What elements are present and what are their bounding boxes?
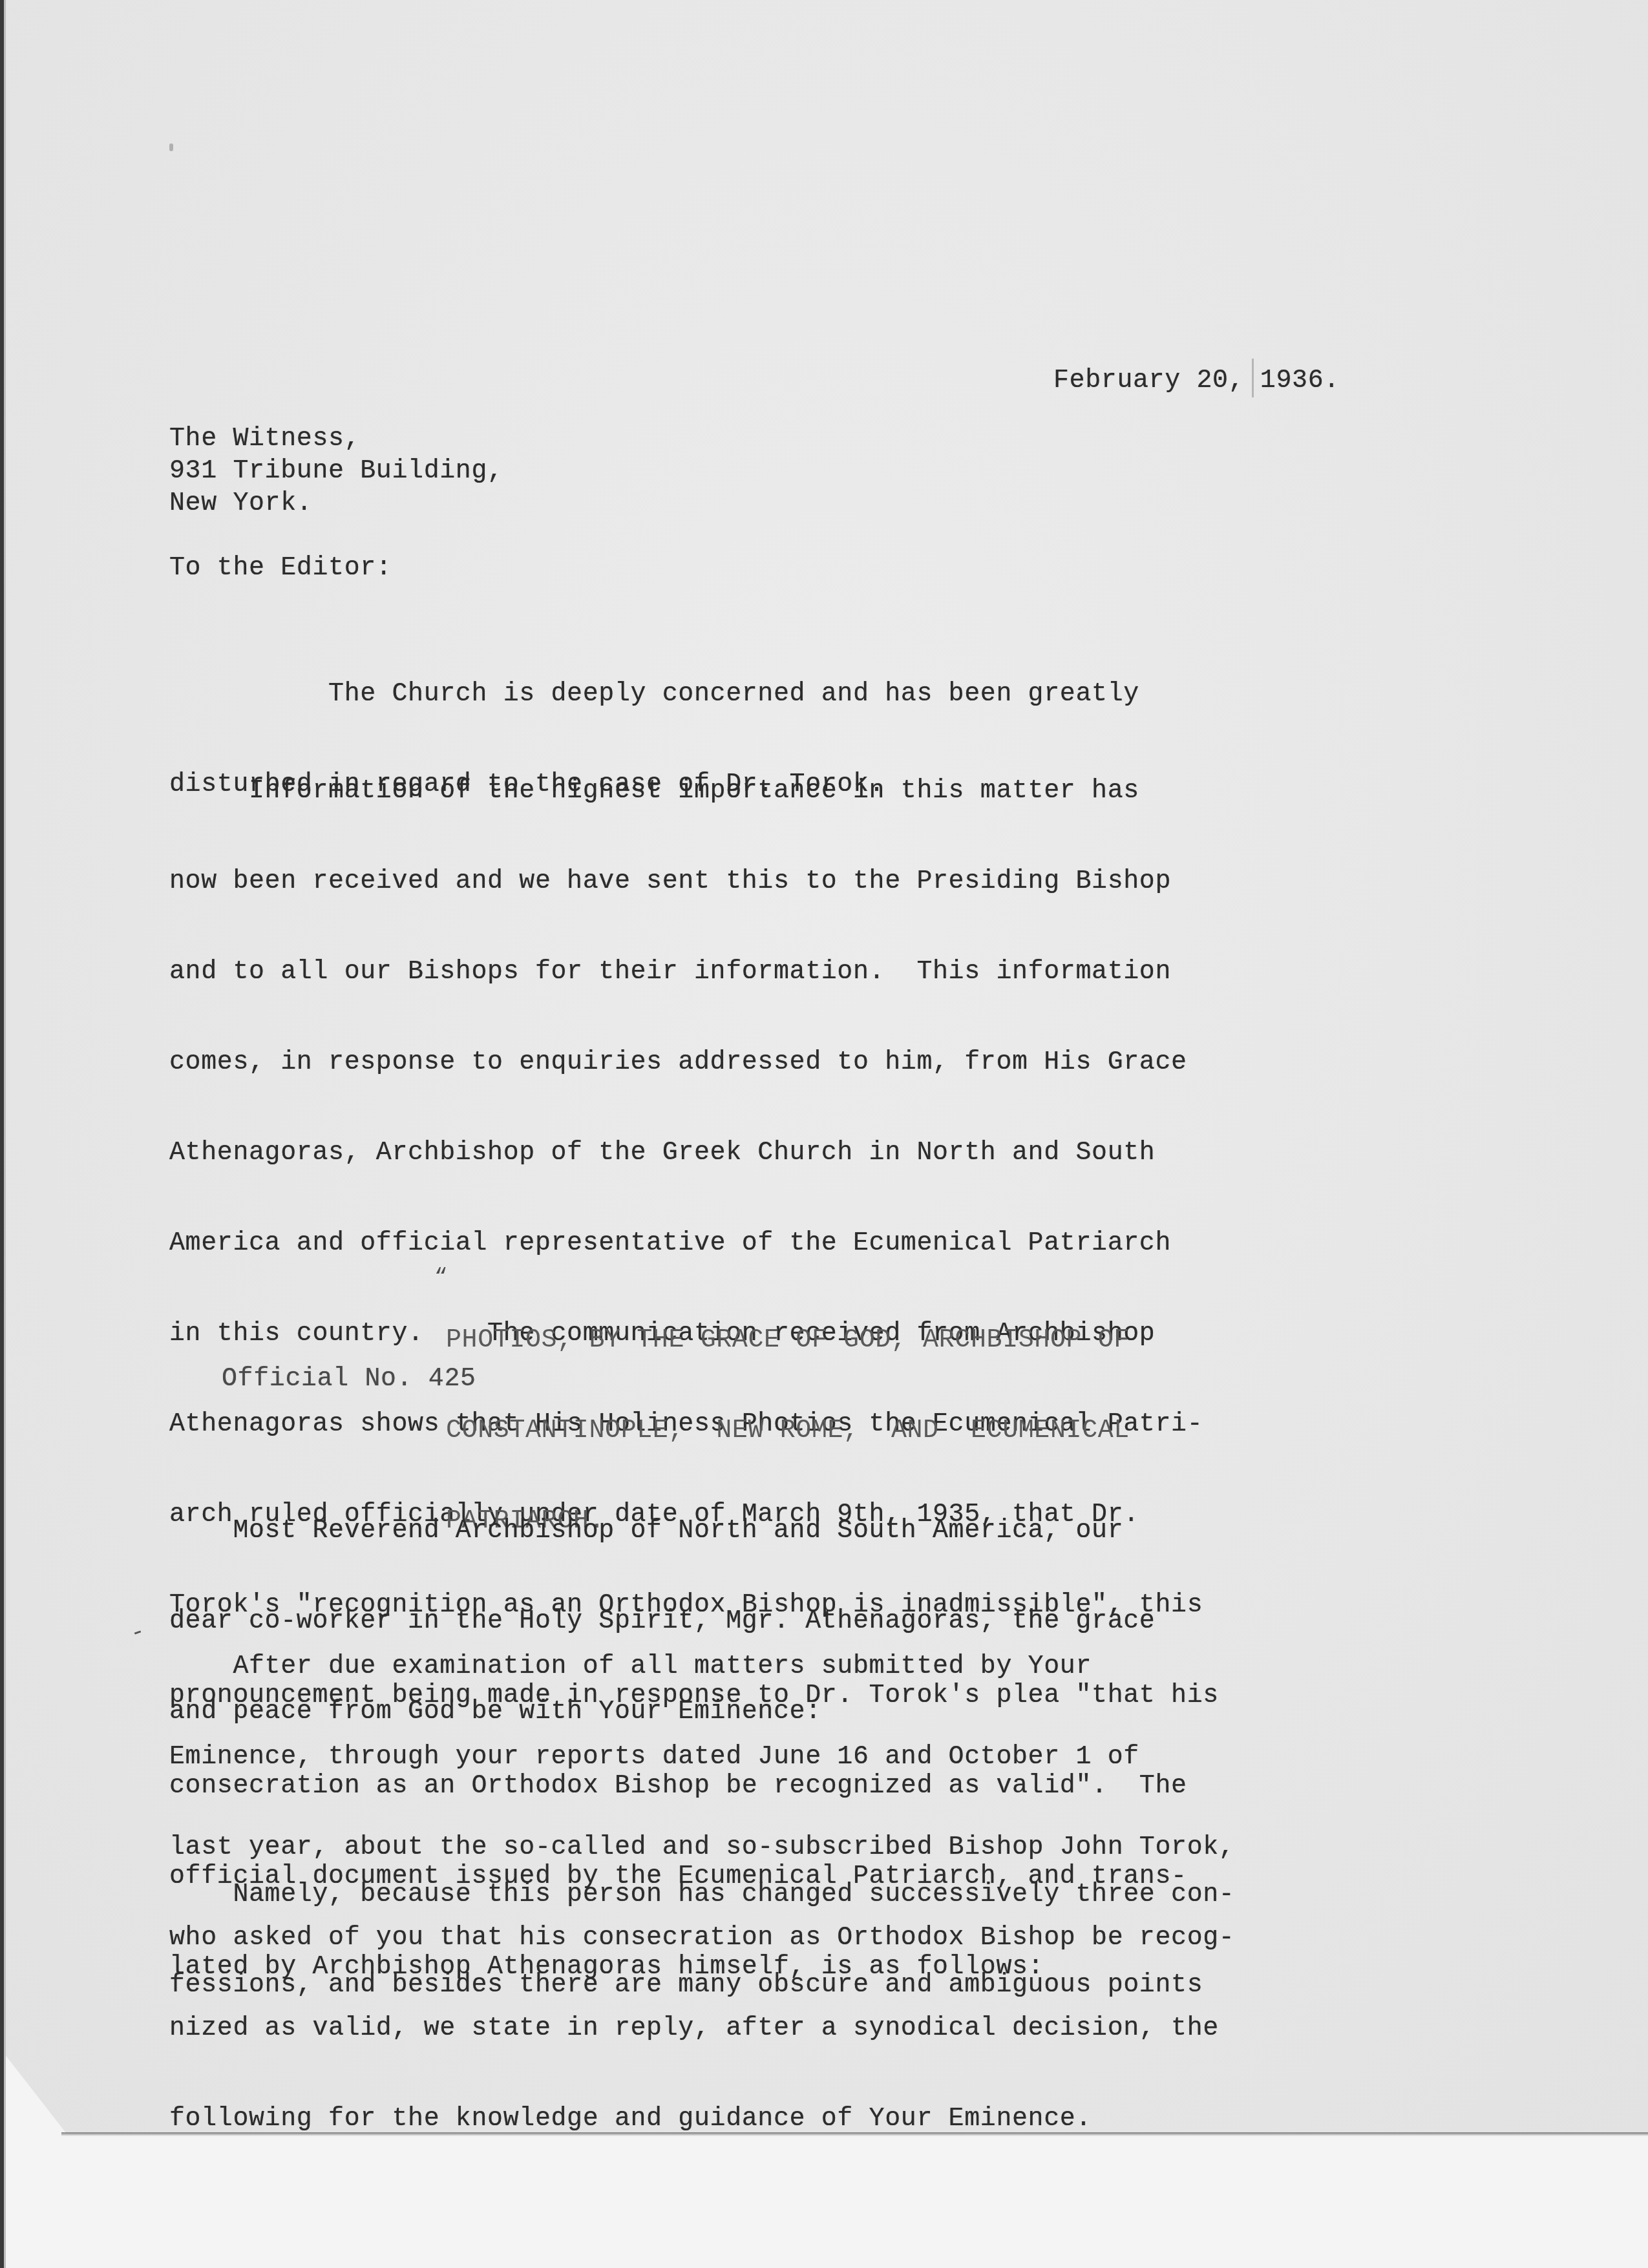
recipient-address-line-1: 931 Tribune Building, xyxy=(169,459,503,485)
paper-crease-mark xyxy=(169,143,173,151)
paragraph-line: Athenagoras, Archbishop of the Greek Chu… xyxy=(169,1137,1219,1170)
paragraph-line: After due examination of all matters sub… xyxy=(169,1651,1234,1683)
scan-left-edge-highlight xyxy=(4,0,6,2268)
quoted-heading-line: PHOTIOS, BY THE GRACE OF GOD, ARCHBISHOP… xyxy=(446,1325,1130,1357)
quoted-heading-line: CONSTANTINOPLE, NEW ROME, AND ECUMENICAL xyxy=(446,1415,1130,1447)
paragraph-line: Information of the highest importance in… xyxy=(169,775,1219,808)
paragraph-line: Most Reverend Archbishop of North and So… xyxy=(169,1515,1155,1548)
paragraph-line: The Church is deeply concerned and has b… xyxy=(169,678,1139,711)
letter-date: February 20, 1936. xyxy=(1053,368,1340,394)
paragraph-line: comes, in response to enquiries addresse… xyxy=(169,1047,1219,1079)
paragraph-line: following for the knowledge and guidance… xyxy=(169,2103,1234,2136)
paragraph-line: now been received and we have sent this … xyxy=(169,866,1219,898)
paragraph-line: fessions, and besides there are many obs… xyxy=(169,1969,1234,2002)
official-number: Official No. 425 xyxy=(222,1367,476,1392)
paragraph-line: and to all our Bishops for their informa… xyxy=(169,956,1219,989)
paragraph-line: Namely, because this person has changed … xyxy=(169,1879,1234,1911)
salutation: To the Editor: xyxy=(169,556,392,582)
paragraph-line: Eminence, through your reports dated Jun… xyxy=(169,1741,1234,1774)
date-correction-mark xyxy=(1252,359,1254,397)
quoted-paragraph-3: Namely, because this person has changed … xyxy=(169,1821,1234,2031)
recipient-address-line-2: New York. xyxy=(169,491,312,517)
recipient-name: The Witness, xyxy=(169,426,360,452)
paragraph-line: America and official representative of t… xyxy=(169,1228,1219,1260)
